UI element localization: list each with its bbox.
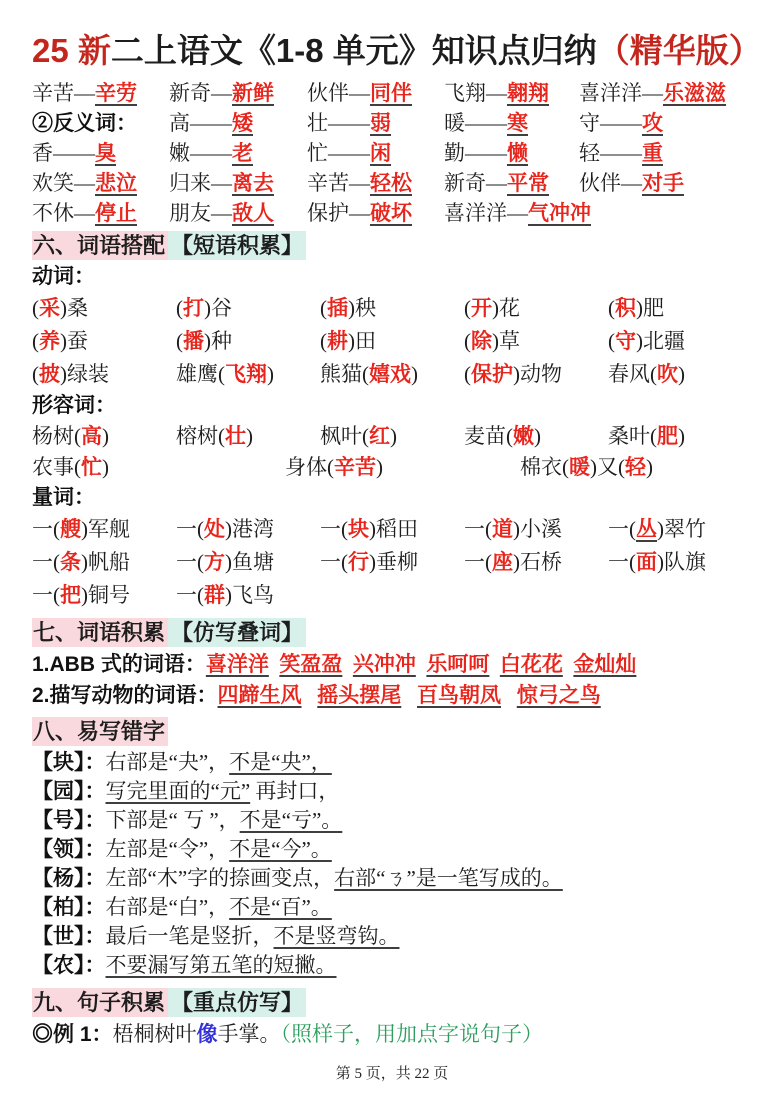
text-segment: 懒 xyxy=(507,142,528,165)
phrase-cell: 枫叶(红) xyxy=(320,421,464,452)
text-segment: 右部是“白”， xyxy=(106,895,230,919)
text-segment: 一( xyxy=(464,550,492,574)
text-segment: )垂柳 xyxy=(369,550,418,574)
section-title: 九、句子积累 xyxy=(32,988,168,1017)
miswritten-note: 【柏】：右部是“白”，不是“百”。 xyxy=(32,893,752,922)
phrase-cell: 一(把)铜号 xyxy=(32,579,176,612)
phrase-cell: (采)桑 xyxy=(32,292,176,325)
phrase-cell: 一(处)港湾 xyxy=(176,513,320,546)
phrase-cell: 一(方)鱼塘 xyxy=(176,546,320,579)
text-segment: 伙伴— xyxy=(579,171,642,195)
text-segment: 闲 xyxy=(370,142,391,165)
text-segment: 下部是“ 丂 ”， xyxy=(106,808,240,832)
verb-phrase-row: (披)绿装雄鹰(飞翔)熊猫(嬉戏)(保护)动物春风(吹) xyxy=(32,358,752,391)
text-segment: 开 xyxy=(471,297,492,320)
text-segment: 朋友— xyxy=(169,201,232,225)
text-segment: 雄鹰( xyxy=(176,362,225,386)
text-segment: ( xyxy=(32,329,39,353)
text-segment: ) xyxy=(678,362,685,386)
miswritten-note: 【农】：不要漏写第五笔的短撇。 xyxy=(32,951,752,980)
miswritten-note: 【领】：左部是“令”，不是“今”。 xyxy=(32,835,752,864)
text-segment xyxy=(401,683,417,707)
text-segment: 杨树( xyxy=(32,424,81,448)
text-segment: 【块】： xyxy=(32,751,106,774)
adjective-phrase-row: 杨树(高)榕树(壮)枫叶(红)麦苗(嫩)桑叶(肥) xyxy=(32,421,752,452)
quantifier-phrase-row: 一(把)铜号一(群)飞鸟 xyxy=(32,579,752,612)
text-segment: 高 xyxy=(81,425,102,448)
text-segment: 老 xyxy=(232,142,253,165)
text-segment: 最后一笔是竖折， xyxy=(106,924,274,948)
text-segment: 【领】： xyxy=(32,838,106,861)
phrase-cell: 辛苦—轻松 xyxy=(307,168,444,199)
text-segment: 同伴 xyxy=(370,82,412,105)
text-segment: 停止 xyxy=(95,202,137,225)
text-segment: 轻松 xyxy=(370,172,412,195)
text-segment: 悲泣 xyxy=(95,172,137,195)
phrase-cell: 喜洋洋—气冲冲 xyxy=(444,198,579,229)
text-segment: ( xyxy=(32,296,39,320)
text-segment: 不要漏写第五笔的短撇。 xyxy=(106,953,337,977)
text-segment: 新鲜 xyxy=(232,82,274,105)
text-segment: 壮—— xyxy=(307,111,370,135)
text-segment: )北疆 xyxy=(636,329,685,353)
text-segment: ◎例 1： xyxy=(32,1023,113,1046)
antonym-row: 不休—停止朋友—敌人保护—破坏喜洋洋—气冲冲 xyxy=(32,198,752,228)
phrase-cell: 高——矮 xyxy=(169,108,307,139)
verb-phrase-row: (采)桑(打)谷(插)秧(开)花(积)肥 xyxy=(32,292,752,325)
phrase-cell: 一(丛)翠竹 xyxy=(608,513,752,546)
text-segment: 【号】： xyxy=(32,809,106,832)
text-segment: 处 xyxy=(204,518,225,541)
section-heading-miswritten: 八、易写错字 xyxy=(32,717,752,747)
text-segment: 金灿灿 xyxy=(573,653,636,676)
phrase-cell: 朋友—敌人 xyxy=(169,198,307,229)
text-segment: 弱 xyxy=(370,112,391,135)
title-red-prefix: 25 新 xyxy=(32,32,111,69)
text-segment: 寒 xyxy=(507,112,528,135)
text-segment: 插 xyxy=(327,297,348,320)
text-segment: 保护 xyxy=(471,363,513,386)
text-segment: 春风( xyxy=(608,362,657,386)
text-segment: ) xyxy=(102,455,109,479)
text-segment: 暖 xyxy=(569,456,590,479)
text-segment: 喜洋洋 xyxy=(206,653,269,676)
phrase-cell: 一(艘)军舰 xyxy=(32,513,176,546)
text-segment xyxy=(563,652,574,676)
text-segment: ) xyxy=(267,362,274,386)
text-segment: 不休— xyxy=(32,201,95,225)
text-segment: 一( xyxy=(608,550,636,574)
text-segment: 百鸟朝凤 xyxy=(417,684,501,707)
text-segment: )稻田 xyxy=(369,517,418,541)
text-segment: 新奇— xyxy=(169,81,232,105)
title-red-suffix: （精华版） xyxy=(597,32,762,69)
text-segment: 一( xyxy=(176,583,204,607)
text-segment: 忙 xyxy=(81,456,102,479)
text-segment: 1.ABB 式的词语： xyxy=(32,653,206,676)
text-segment: ( xyxy=(608,329,615,353)
text-segment: 攻 xyxy=(642,112,663,135)
text-segment: 面 xyxy=(636,551,657,574)
text-segment: ) xyxy=(646,455,653,479)
phrase-cell: 伙伴—同伴 xyxy=(307,78,444,109)
phrase-cell: 一(座)石桥 xyxy=(464,546,608,579)
text-segment xyxy=(489,652,500,676)
text-segment xyxy=(269,652,280,676)
section-subtitle: 【重点仿写】 xyxy=(168,988,306,1017)
section-heading-sentences: 九、句子积累【重点仿写】 xyxy=(32,988,752,1018)
text-segment: 守—— xyxy=(579,111,642,135)
text-segment: )秧 xyxy=(348,296,376,320)
section-title: 七、词语积累 xyxy=(32,618,168,647)
quantifiers-label: 量词： xyxy=(32,483,752,513)
section-subtitle: 【仿写叠词】 xyxy=(168,618,306,647)
quantifier-phrase-row: 一(艘)军舰一(处)港湾一(块)稻田一(道)小溪一(丛)翠竹 xyxy=(32,513,752,546)
antonym-row: ②反义词：高——矮壮——弱暖——寒守——攻 xyxy=(32,108,752,138)
text-segment: )帆船 xyxy=(81,550,130,574)
text-segment: )小溪 xyxy=(513,517,562,541)
text-segment: ) xyxy=(246,424,253,448)
phrase-cell: 壮——弱 xyxy=(307,108,444,139)
section-title: 八、易写错字 xyxy=(32,717,168,746)
text-segment: 像 xyxy=(197,1023,218,1046)
text-segment: 一( xyxy=(176,550,204,574)
text-segment: 一( xyxy=(464,517,492,541)
phrase-cell: 守——攻 xyxy=(579,108,752,139)
phrase-cell: 身体(辛苦) xyxy=(285,452,520,483)
phrase-cell: (插)秧 xyxy=(320,292,464,325)
phrase-cell: (守)北疆 xyxy=(608,325,752,358)
adjective-phrase-row: 农事(忙)身体(辛苦)棉衣(暖)又(轻) xyxy=(32,452,752,483)
text-segment: 播 xyxy=(183,330,204,353)
phrase-cell: 嫩——老 xyxy=(169,138,307,169)
text-segment: 重 xyxy=(642,142,663,165)
text-segment: ( xyxy=(608,296,615,320)
section-title: 六、词语搭配 xyxy=(32,231,168,260)
phrase-cell: 春风(吹) xyxy=(608,358,752,391)
text-segment: 一( xyxy=(32,517,60,541)
text-segment: 右部“ㄋ”是一笔写成的。 xyxy=(334,866,563,890)
phrase-cell: 一(面)队旗 xyxy=(608,546,752,579)
text-segment: 棉衣( xyxy=(520,455,569,479)
text-segment: 飞翔 xyxy=(225,363,267,386)
phrase-cell: 杨树(高) xyxy=(32,421,176,452)
verbs-label: 动词： xyxy=(32,262,752,292)
miswritten-note: 【号】：下部是“ 丂 ”，不是“亏”。 xyxy=(32,806,752,835)
phrase-cell: (播)种 xyxy=(176,325,320,358)
text-segment: 伙伴— xyxy=(307,81,370,105)
text-segment: 2.描写动物的词语： xyxy=(32,684,218,707)
text-segment: 披 xyxy=(39,363,60,386)
text-segment: 气冲冲 xyxy=(528,202,591,225)
text-segment: 群 xyxy=(204,584,225,607)
text-segment: 平常 xyxy=(507,172,549,195)
text-segment: 飞翔— xyxy=(444,81,507,105)
text-segment: 香—— xyxy=(32,141,95,165)
phrase-cell: 暖——寒 xyxy=(444,108,579,139)
text-segment: 嫩—— xyxy=(169,141,232,165)
page-title: 25 新二上语文《1-8 单元》知识点归纳（精华版） xyxy=(32,24,752,78)
text-segment: 麦苗( xyxy=(464,424,513,448)
text-segment: 丛 xyxy=(636,518,657,541)
text-segment xyxy=(302,683,318,707)
text-segment: 不是“央”， xyxy=(229,750,332,774)
text-segment: 条 xyxy=(60,551,81,574)
text-segment: 榕树( xyxy=(176,424,225,448)
text-segment: 肥 xyxy=(657,425,678,448)
title-main: 二上语文《1-8 单元》知识点归纳 xyxy=(111,32,597,69)
text-segment: 一( xyxy=(32,583,60,607)
text-segment: )田 xyxy=(348,329,376,353)
text-segment: 把 xyxy=(60,584,81,607)
text-segment: 轻—— xyxy=(579,141,642,165)
text-segment: )港湾 xyxy=(225,517,274,541)
text-segment: 座 xyxy=(492,551,513,574)
text-segment: )桑 xyxy=(60,296,88,320)
text-segment: 【世】： xyxy=(32,925,106,948)
text-segment: 不是“今”。 xyxy=(229,837,332,861)
text-segment: 手掌。 xyxy=(218,1022,281,1046)
text-segment: 壮 xyxy=(225,425,246,448)
text-segment: 写完里面的“元” xyxy=(106,779,251,803)
text-segment: 熊猫( xyxy=(320,362,369,386)
text-segment: 高—— xyxy=(169,111,232,135)
text-segment: 块 xyxy=(348,518,369,541)
text-segment: 一( xyxy=(608,517,636,541)
phrase-cell: 新奇—新鲜 xyxy=(169,78,307,109)
text-segment: 笑盈盈 xyxy=(279,653,342,676)
phrase-cell: 勤——懒 xyxy=(444,138,579,169)
text-segment: 不是“百”。 xyxy=(229,895,332,919)
text-segment: )谷 xyxy=(204,296,232,320)
text-segment: 破坏 xyxy=(370,202,412,225)
text-segment: 兴冲冲 xyxy=(353,653,416,676)
phrase-cell: 麦苗(嫩) xyxy=(464,421,608,452)
text-segment: 养 xyxy=(39,330,60,353)
miswritten-note: 【块】：右部是“夬”，不是“央”， xyxy=(32,748,752,777)
text-segment: 积 xyxy=(615,297,636,320)
text-segment: 【杨】： xyxy=(32,867,106,890)
phrase-cell: 归来—离去 xyxy=(169,168,307,199)
phrase-cell: 一(道)小溪 xyxy=(464,513,608,546)
text-segment: ( xyxy=(32,362,39,386)
text-segment: 新奇— xyxy=(444,171,507,195)
quantifier-phrase-row: 一(条)帆船一(方)鱼塘一(行)垂柳一(座)石桥一(面)队旗 xyxy=(32,546,752,579)
text-segment: 离去 xyxy=(232,172,274,195)
phrase-cell: 一(块)稻田 xyxy=(320,513,464,546)
text-segment: 除 xyxy=(471,330,492,353)
text-segment: 艘 xyxy=(60,518,81,541)
text-segment: )肥 xyxy=(636,296,664,320)
text-segment: 乐呵呵 xyxy=(426,653,489,676)
phrase-cell: 一(群)飞鸟 xyxy=(176,579,320,612)
phrase-cell: 伙伴—对手 xyxy=(579,168,752,199)
text-segment: 【园】： xyxy=(32,780,106,803)
text-segment: 右部是“夬”， xyxy=(106,750,230,774)
phrase-cell: (除)草 xyxy=(464,325,608,358)
text-segment: )动物 xyxy=(513,362,562,386)
text-segment: 不是竖弯钩。 xyxy=(274,924,400,948)
phrase-cell: 农事(忙) xyxy=(32,452,285,483)
phrase-cell: ②反义词： xyxy=(32,108,169,139)
text-segment: ) xyxy=(102,424,109,448)
text-segment: )花 xyxy=(492,296,520,320)
text-segment: 身体( xyxy=(285,455,334,479)
page-number: 第 5 页，共 22 页 xyxy=(32,1062,752,1083)
section-heading-collocation: 六、词语搭配【短语积累】 xyxy=(32,231,752,261)
text-segment: 守 xyxy=(615,330,636,353)
text-segment: 吹 xyxy=(657,363,678,386)
text-segment: 辛苦— xyxy=(307,171,370,195)
phrase-cell: 新奇—平常 xyxy=(444,168,579,199)
text-segment: 红 xyxy=(369,425,390,448)
text-segment: 嫩 xyxy=(513,425,534,448)
abb-words-line: 1.ABB 式的词语：喜洋洋 笑盈盈 兴冲冲 乐呵呵 白花花 金灿灿 xyxy=(32,649,752,680)
phrase-cell: (耕)田 xyxy=(320,325,464,358)
phrase-cell: 熊猫(嬉戏) xyxy=(320,358,464,391)
text-segment: 打 xyxy=(183,297,204,320)
antonym-row: 香——臭嫩——老忙——闲勤——懒轻——重 xyxy=(32,138,752,168)
text-segment: ( xyxy=(464,296,471,320)
phrase-cell: 轻——重 xyxy=(579,138,752,169)
text-segment: 桑叶( xyxy=(608,424,657,448)
text-segment: 农事( xyxy=(32,455,81,479)
text-segment: 行 xyxy=(348,551,369,574)
text-segment xyxy=(342,652,353,676)
text-segment: 敌人 xyxy=(232,202,274,225)
text-segment: 归来— xyxy=(169,171,232,195)
text-segment: 一( xyxy=(176,517,204,541)
text-segment: 【农】： xyxy=(32,954,106,977)
verb-phrase-row: (养)蚕(播)种(耕)田(除)草(守)北疆 xyxy=(32,325,752,358)
text-segment: 一( xyxy=(320,517,348,541)
phrase-cell: 欢笑—悲泣 xyxy=(32,168,169,199)
text-segment: 嬉戏 xyxy=(369,363,411,386)
text-segment xyxy=(501,683,517,707)
text-segment: 对手 xyxy=(642,172,684,195)
text-segment: 翱翔 xyxy=(507,82,549,105)
text-segment: ( xyxy=(464,329,471,353)
text-segment: ) xyxy=(534,424,541,448)
text-segment: ) xyxy=(390,424,397,448)
text-segment: 辛苦 xyxy=(334,456,376,479)
text-segment: )草 xyxy=(492,329,520,353)
text-segment: 再封口， xyxy=(250,779,339,803)
text-segment: 采 xyxy=(39,297,60,320)
phrase-cell: 一(行)垂柳 xyxy=(320,546,464,579)
phrase-cell: (披)绿装 xyxy=(32,358,176,391)
text-segment: 一( xyxy=(32,550,60,574)
phrase-cell: 忙——闲 xyxy=(307,138,444,169)
text-segment: 乐滋滋 xyxy=(663,82,726,105)
text-segment: ) xyxy=(376,455,383,479)
phrase-cell: 榕树(壮) xyxy=(176,421,320,452)
phrase-cell: 辛苦—辛劳 xyxy=(32,78,169,109)
text-segment: 梧桐树叶 xyxy=(113,1022,197,1046)
text-segment: )鱼塘 xyxy=(225,550,274,574)
miswritten-note: 【园】：写完里面的“元” 再封口， xyxy=(32,777,752,806)
text-segment: 【柏】： xyxy=(32,896,106,919)
animal-words-line: 2.描写动物的词语：四蹄生风 摇头摆尾 百鸟朝凤 惊弓之鸟 xyxy=(32,680,752,711)
text-segment: ( xyxy=(176,296,183,320)
text-segment: )铜号 xyxy=(81,583,130,607)
text-segment: 矮 xyxy=(232,112,253,135)
text-segment: 不是“亏”。 xyxy=(240,808,343,832)
text-segment: ②反义词： xyxy=(32,112,137,135)
text-segment: )绿装 xyxy=(60,362,109,386)
phrase-cell: 一(条)帆船 xyxy=(32,546,176,579)
text-segment: )飞鸟 xyxy=(225,583,274,607)
text-segment: 臭 xyxy=(95,142,116,165)
phrase-cell: 棉衣(暖)又(轻) xyxy=(520,452,752,483)
text-segment: 辛苦— xyxy=(32,81,95,105)
text-segment: )又( xyxy=(590,455,625,479)
section-subtitle: 【短语积累】 xyxy=(168,231,306,260)
text-segment: 道 xyxy=(492,518,513,541)
text-segment: 左部是“令”， xyxy=(106,837,230,861)
text-segment: 忙—— xyxy=(307,141,370,165)
miswritten-note: 【杨】：左部“木”字的捺画变点，右部“ㄋ”是一笔写成的。 xyxy=(32,864,752,893)
antonym-row: 欢笑—悲泣归来—离去辛苦—轻松新奇—平常伙伴—对手 xyxy=(32,168,752,198)
text-segment: ) xyxy=(678,424,685,448)
text-segment: 白花花 xyxy=(500,653,563,676)
text-segment: 辛劳 xyxy=(95,82,137,105)
text-segment: ( xyxy=(464,362,471,386)
text-segment: 喜洋洋— xyxy=(579,81,663,105)
miswritten-note: 【世】：最后一笔是竖折，不是竖弯钩。 xyxy=(32,922,752,951)
text-segment xyxy=(416,652,427,676)
text-segment: )种 xyxy=(204,329,232,353)
synonym-row: 辛苦—辛劳新奇—新鲜伙伴—同伴飞翔—翱翔喜洋洋—乐滋滋 xyxy=(32,78,752,108)
text-segment: 一( xyxy=(320,550,348,574)
phrase-cell: 香——臭 xyxy=(32,138,169,169)
text-segment: 惊弓之鸟 xyxy=(517,684,601,707)
text-segment: )军舰 xyxy=(81,517,130,541)
text-segment: 喜洋洋— xyxy=(444,201,528,225)
text-segment: 方 xyxy=(204,551,225,574)
phrase-cell: (保护)动物 xyxy=(464,358,608,391)
section-heading-reduplication: 七、词语积累【仿写叠词】 xyxy=(32,618,752,648)
phrase-cell: 飞翔—翱翔 xyxy=(444,78,579,109)
text-segment: ( xyxy=(176,329,183,353)
text-segment: ( xyxy=(320,329,327,353)
phrase-cell: (积)肥 xyxy=(608,292,752,325)
example-sentence-line: ◎例 1：梧桐树叶像手掌。（照样子，用加点字说句子） xyxy=(32,1019,752,1050)
phrase-cell: 喜洋洋—乐滋滋 xyxy=(579,78,752,109)
text-segment: ( xyxy=(320,296,327,320)
text-segment: ) xyxy=(411,362,418,386)
phrase-cell: 保护—破坏 xyxy=(307,198,444,229)
text-segment: 轻 xyxy=(625,456,646,479)
text-segment: 四蹄生风 xyxy=(218,684,302,707)
phrase-cell: 不休—停止 xyxy=(32,198,169,229)
adjectives-label: 形容词： xyxy=(32,391,752,421)
text-segment: 欢笑— xyxy=(32,171,95,195)
text-segment: （照样子，用加点字说句子） xyxy=(281,1023,544,1046)
text-segment: 左部“木”字的捺画变点， xyxy=(106,866,335,890)
phrase-cell: (养)蚕 xyxy=(32,325,176,358)
text-segment: 摇头摆尾 xyxy=(317,684,401,707)
text-segment: 暖—— xyxy=(444,111,507,135)
worksheet-page: 25 新二上语文《1-8 单元》知识点归纳（精华版） 辛苦—辛劳新奇—新鲜伙伴—… xyxy=(0,0,780,1103)
text-segment: )石桥 xyxy=(513,550,562,574)
text-segment: )翠竹 xyxy=(657,517,706,541)
text-segment: )蚕 xyxy=(60,329,88,353)
phrase-cell: (开)花 xyxy=(464,292,608,325)
phrase-cell: 雄鹰(飞翔) xyxy=(176,358,320,391)
text-segment: 保护— xyxy=(307,201,370,225)
text-segment: 勤—— xyxy=(444,141,507,165)
